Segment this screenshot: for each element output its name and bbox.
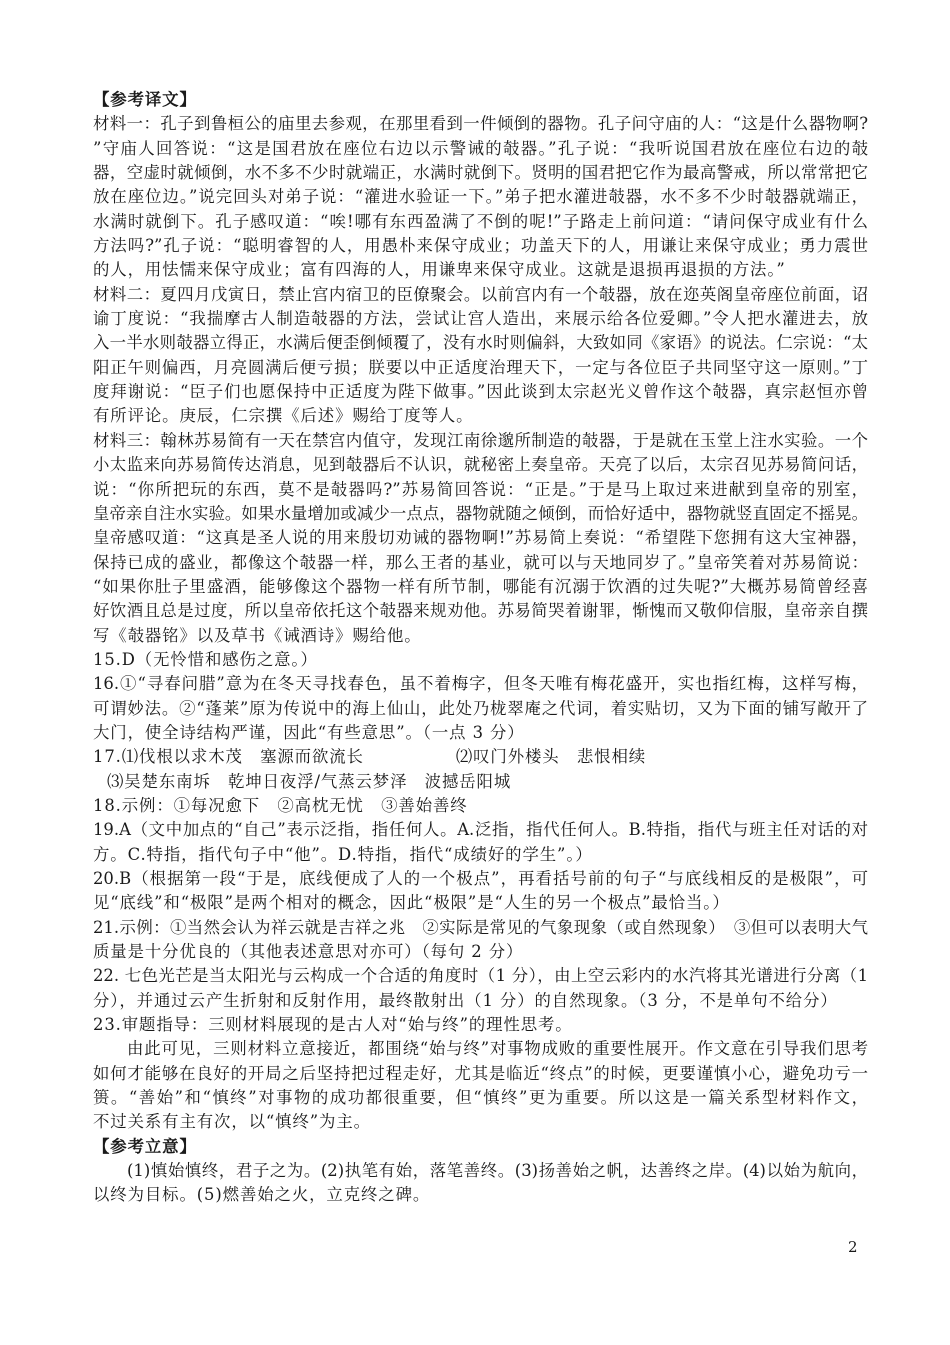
answer-20-line: 见“底线”和“极限”是两个相对的概念，因此“极限”是“人生的另一个极点”最恰当。… (93, 891, 868, 915)
answer-23-paragraph-line: 篑。“善始”和“慎终”对事物的成功都很重要，但“慎终”更为重要。所以这是一篇关系… (93, 1086, 868, 1110)
material1-line: 水满时就倒下。孔子感叹道：“唉!哪有东西盈满了不倒的呢!”子路走上前问道：“请问… (93, 210, 868, 234)
answer-20-line: 20.B（根据第一段“于是，底线便成了人的一个极点”，再看括号前的句子“与底线相… (93, 867, 868, 891)
answer-22-line: 22. 七色光芒是当太阳光与云构成一个合适的角度时（1 分），由上空云彩内的水汽… (93, 964, 868, 988)
heading-reference-ideas: 【参考立意】 (93, 1135, 868, 1159)
answer-23-paragraph-line: 不过关系有主有次，以“慎终”为主。 (93, 1110, 868, 1134)
material2-line: 有所评论。庚辰，仁宗撰《后述》赐给丁度等人。 (93, 404, 868, 428)
page-number: 2 (848, 1238, 858, 1256)
material3-line: 说：“你所把玩的东西，莫不是攲器吗?”苏易简回答说：“正是。”于是马上取过来进献… (93, 478, 868, 502)
answer-17-part2: ⑵叹门外楼头 悲恨相续 (456, 747, 646, 766)
answer-17-part1: 17.⑴伐根以求木茂 塞源而欲流长 (93, 747, 364, 766)
material2-line: 度拜谢说：“臣子们也愿保持中正适度为陛下做事。”因此谈到太宗赵光义曾作这个攲器，… (93, 380, 868, 404)
answer-21-line: 质量是十分优良的（其他表述意思对亦可）（每句 2 分） (93, 940, 868, 964)
answer-16-line: 16.①“寻春问腊”意为在冬天寻找春色，虽不着梅字，但冬天唯有梅花盛开，实也指红… (93, 672, 868, 696)
material2-line: 材料二：夏四月戊寅日，禁止宫内宿卫的臣僚聚会。以前宫内有一个攲器，放在迩英阁皇帝… (93, 283, 868, 307)
answer-17-line: 17.⑴伐根以求木茂 塞源而欲流长⑵叹门外楼头 悲恨相续 (93, 745, 868, 769)
answer-15: 15.D（无怜惜和感伤之意。） (93, 648, 868, 672)
answer-19-line: 方。C.特指，指代句子中“他”。D.特指，指代“成绩好的学生”。） (93, 843, 868, 867)
answer-16-line: 大门，使全诗结构严谨，因此“有些意思”。（一点 3 分） (93, 721, 868, 745)
material2-line: 阳正午则偏西，月亮圆满后便亏损；朕要以中正适度治理天下，一定与各位臣子共同坚守这… (93, 356, 868, 380)
document-page: 【参考译文】 材料一：孔子到鲁桓公的庙里去参观，在那里看到一件倾倒的器物。孔子问… (93, 88, 868, 1208)
answer-16-line: 可谓妙法。②“蓬莱”原为传说中的海上仙山，此处乃栊翠庵之代词，着实贴切，又为下面… (93, 697, 868, 721)
ideas-line: (1)慎始慎终，君子之为。(2)执笔有始，落笔善终。(3)扬善始之帆，达善终之岸… (93, 1159, 868, 1183)
answer-22-line: 分），并通过云产生折射和反射作用，最终散射出（1 分）的自然现象。（3 分，不是… (93, 989, 868, 1013)
ideas-line: 以终为目标。(5)燃善始之火，立克终之碑。 (93, 1183, 868, 1207)
material3-line: 好饮酒且总是过度，所以皇帝依托这个攲器来规劝他。苏易简哭着谢罪，惭愧而又敬仰信服… (93, 599, 868, 623)
material1-line: 器，空虚时就倾倒，水不多不少时就端正，水满时就倒下。贤明的国君把它作为最高警戒，… (93, 161, 868, 185)
material3-line: 保持已成的盛业，都像这个攲器一样，那么王者的基业，就可以与天地同岁了。”皇帝笑着… (93, 551, 868, 575)
material3-line: “如果你肚子里盛酒，能够像这个器物一样有所节制，哪能有沉溺于饮酒的过失呢?”大概… (93, 575, 868, 599)
material1-line: 方法吗?”孔子说：“聪明睿智的人，用愚朴来保守成业；功盖天下的人，用谦让来保守成… (93, 234, 868, 258)
answer-17-line2: ⑶吴楚东南坼 乾坤日夜浮/气蒸云梦泽 波撼岳阳城 (93, 770, 868, 794)
material3-line: 写《攲器铭》以及草书《诫酒诗》赐给他。 (93, 624, 868, 648)
answer-23-paragraph-line: 由此可见，三则材料立意接近，都围绕“始与终”对事物成败的重要性展开。作文意在引导… (93, 1037, 868, 1061)
material1-line: 的人，用怯懦来保守成业；富有四海的人，用谦卑来保守成业。这就是退损再退损的方法。… (93, 258, 868, 282)
answer-18: 18.示例：①每况愈下 ②高枕无忧 ③善始善终 (93, 794, 868, 818)
heading-reference-translation: 【参考译文】 (93, 88, 868, 112)
answer-23-paragraph-line: 如何才能够在良好的开局之后坚持把过程走好，尤其是临近“终点”的时候，更要谨慎小心… (93, 1062, 868, 1086)
material3-line: 皇帝亲自注水实验。如果水量增加或减少一点点，器物就随之倾倒，而恰好适中，器物就竖… (93, 502, 868, 526)
answer-19-line: 19.A（文中加点的“自己”表示泛指，指任何人。A.泛指，指代任何人。B.特指，… (93, 818, 868, 842)
material3-line: 材料三：翰林苏易简有一天在禁宫内值守，发现江南徐邈所制造的攲器，于是就在玉堂上注… (93, 429, 868, 453)
answer-21-line: 21.示例：①当然会认为祥云就是吉祥之兆 ②实际是常见的气象现象（或自然现象） … (93, 916, 868, 940)
material1-line: ”守庙人回答说：“这是国君放在座位右边以示警诫的攲器。”孔子说：“我听说国君放在… (93, 137, 868, 161)
material3-line: 小太监来向苏易简传达消息，见到攲器后不认识，就秘密上奏皇帝。天亮了以后，太宗召见… (93, 453, 868, 477)
answer-23-line: 23.审题指导：三则材料展现的是古人对“始与终”的理性思考。 (93, 1013, 868, 1037)
material1-line: 放在座位边。”说完回头对弟子说：“灌进水验证一下。”弟子把水灌进攲器，水不多不少… (93, 185, 868, 209)
material1-line: 材料一：孔子到鲁桓公的庙里去参观，在那里看到一件倾倒的器物。孔子问守庙的人：“这… (93, 112, 868, 136)
material3-line: 皇帝感叹道：“这真是圣人说的用来殷切劝诫的器物啊!”苏易简上奏说：“希望陛下您拥… (93, 526, 868, 550)
material2-line: 谕丁度说：“我揣摩古人制造攲器的方法，尝试让宫人造出，来展示给各位爱卿。”令人把… (93, 307, 868, 331)
material2-line: 入一半水则攲器立得正，水满后便歪倒倾覆了，没有水时则偏斜，大致如同《家语》的说法… (93, 331, 868, 355)
